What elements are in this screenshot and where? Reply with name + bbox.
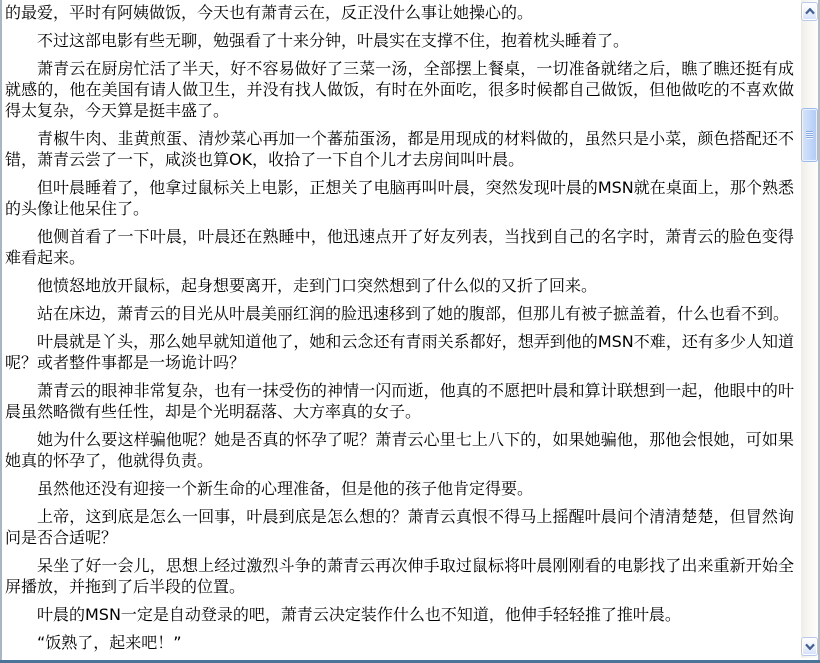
vertical-scrollbar[interactable]	[801, 0, 818, 658]
novel-text: 的最爱，平时有阿姨做饭，今天也有萧青云在，反正没什么事让她操心的。不过这部电影有…	[5, 0, 794, 660]
paragraph: 萧青云在厨房忙活了半天，好不容易做好了三菜一汤，全部摆上餐桌，一切准备就绪之后，…	[5, 58, 794, 121]
paragraph: 青椒牛肉、韭黄煎蛋、清炒菜心再加一个蕃茄蛋汤，都是用现成的材料做的，虽然只是小菜…	[5, 128, 794, 170]
paragraph: 叶晨的MSN一定是自动登录的吧，萧青云决定装作什么也不知道，他伸手轻轻推了推叶晨…	[5, 604, 794, 625]
thumb-grip-icon	[806, 131, 813, 139]
paragraph: 不过这部电影有些无聊，勉强看了十来分钟，叶晨实在支撑不住，抱着枕头睡着了。	[5, 30, 794, 51]
paragraph: 他侧首看了一下叶晨，叶晨还在熟睡中，他迅速点开了好友列表，当找到自己的名字时，萧…	[5, 226, 794, 268]
paragraph: 呆坐了好一会儿，思想上经过激烈斗争的萧青云再次伸手取过鼠标将叶晨刚刚看的电影找了…	[5, 555, 794, 597]
paragraph: 的最爱，平时有阿姨做饭，今天也有萧青云在，反正没什么事让她操心的。	[5, 2, 794, 23]
paragraph: 叶晨就是丫头，那么她早就知道他了，她和云念还有青雨关系都好，想弄到他的MSN不难…	[5, 331, 794, 373]
paragraph: 萧青云的眼神非常复杂，也有一抹受伤的神情一闪而逝，他真的不愿把叶晨和算计联想到一…	[5, 380, 794, 422]
reader-window: 的最爱，平时有阿姨做饭，今天也有萧青云在，反正没什么事让她操心的。不过这部电影有…	[0, 0, 820, 663]
chevron-up-icon	[805, 8, 815, 15]
paragraph: 站在床边，萧青云的目光从叶晨美丽红润的脸迅速移到了她的腹部，但那儿有被子摭盖着，…	[5, 303, 794, 324]
paragraph: 他愤怒地放开鼠标，起身想要离开，走到门口突然想到了什么似的又折了回来。	[5, 275, 794, 296]
scroll-down-button[interactable]	[801, 637, 818, 656]
scroll-up-button[interactable]	[801, 2, 818, 21]
paragraph: “饭熟了，起来吧！”	[5, 632, 794, 653]
paragraph: 上帝，这到底是怎么一回事，叶晨到底是怎么想的？萧青云真恨不得马上摇醒叶晨问个清清…	[5, 506, 794, 548]
window-left-edge	[0, 0, 2, 663]
paragraph: 虽然他还没有迎接一个新生命的心理准备，但是他的孩子他肯定得要。	[5, 478, 794, 499]
chevron-down-icon	[805, 643, 815, 650]
paragraph: 但叶晨睡着了，他拿过鼠标关上电影，正想关了电脑再叫叶晨，突然发现叶晨的MSN就在…	[5, 177, 794, 219]
paragraph: 她为什么要这样骗他呢？她是否真的怀孕了呢？萧青云心里七上八下的，如果她骗他，那他…	[5, 429, 794, 471]
scrollbar-thumb[interactable]	[801, 108, 818, 162]
